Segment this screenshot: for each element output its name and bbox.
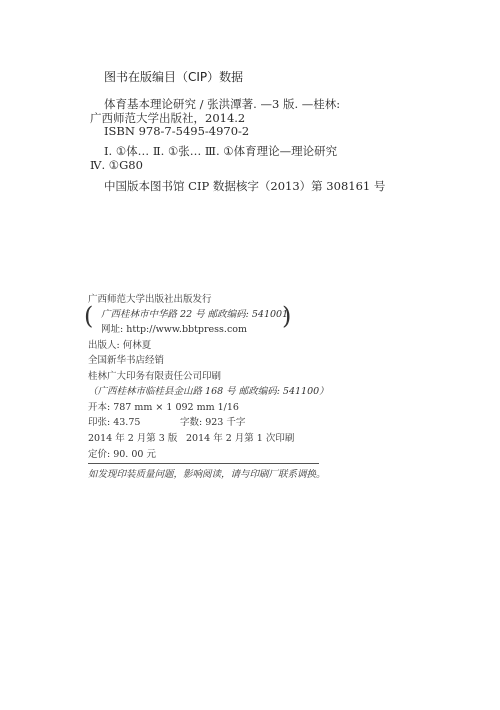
publisher-line: 广西师范大学出版社出版发行 — [88, 291, 212, 305]
sheets: 印张: 43.75 — [88, 414, 140, 428]
publisher-address: 广西桂林市中华路 22 号 邮政编码: 541001 — [101, 306, 288, 320]
price: 定价: 90. 00 元 — [88, 446, 156, 460]
classification-line1: Ⅰ. ①体… Ⅱ. ①张… Ⅲ. ①体育理论—理论研究 — [104, 143, 337, 159]
publisher-person: 出版人: 何林夏 — [88, 337, 151, 351]
left-parenthesis: ( — [84, 302, 93, 330]
publisher-website: 网址: http://www.bbtpress.com — [101, 321, 247, 335]
quality-notice: 如发现印装质量问题，影响阅读，请与印刷厂联系调换。 — [88, 466, 326, 480]
distributor: 全国新华书店经销 — [88, 352, 164, 366]
classification-line2: Ⅳ. ①G80 — [90, 158, 143, 172]
word-count: 字数: 923 千字 — [180, 414, 245, 428]
printer: 桂林广大印务有限责任公司印刷 — [88, 368, 221, 382]
cip-title: 图书在版编目（CIP）数据 — [104, 68, 243, 85]
isbn: ISBN 978-7-5495-4970-2 — [104, 124, 249, 138]
right-parenthesis: ) — [282, 302, 291, 330]
cip-number: 中国版本图书馆 CIP 数据核字（2013）第 308161 号 — [104, 178, 385, 194]
printer-address: （广西桂林市临桂县金山路 168 号 邮政编码: 541100） — [88, 383, 329, 397]
edition: 2014 年 2 月第 3 版 — [88, 430, 177, 444]
separator-rule — [88, 463, 319, 464]
format: 开本: 787 mm × 1 092 mm 1/16 — [88, 399, 239, 413]
printing: 2014 年 2 月第 1 次印刷 — [186, 430, 294, 444]
